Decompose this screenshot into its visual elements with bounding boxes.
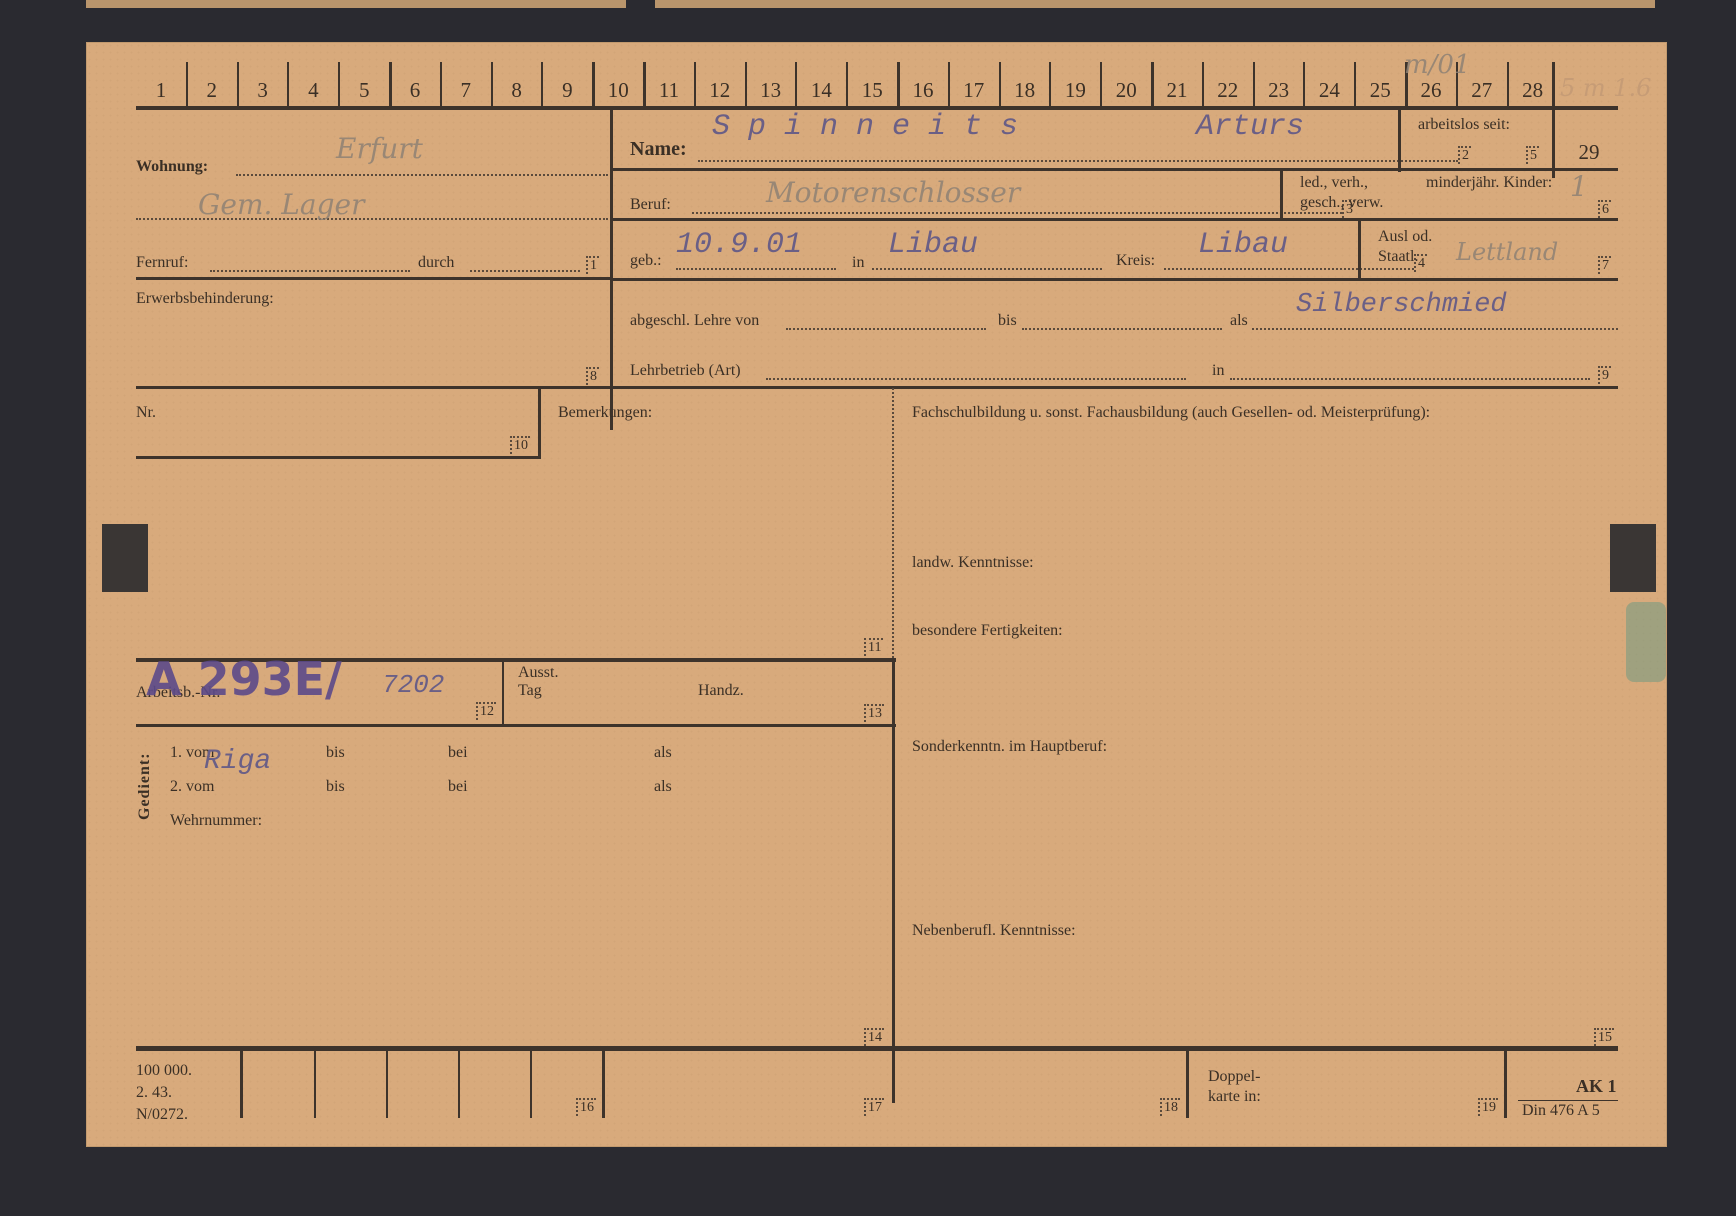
col-number-28: 28 bbox=[1508, 78, 1558, 103]
bottom-div-e bbox=[530, 1050, 532, 1118]
lehre-label: abgeschl. Lehre von bbox=[630, 312, 759, 330]
ruler-tick bbox=[1354, 62, 1356, 108]
ruler-tick bbox=[1151, 62, 1154, 108]
durch-line bbox=[470, 270, 580, 272]
ruler-tick bbox=[1253, 62, 1255, 108]
bottom-div-d bbox=[458, 1050, 460, 1118]
ruler-tick bbox=[694, 62, 696, 108]
col-number-16: 16 bbox=[898, 78, 948, 103]
field-number-1: 1 bbox=[586, 256, 599, 274]
bottom-div-a bbox=[240, 1050, 243, 1118]
ruler-tick bbox=[1202, 62, 1204, 108]
ruler-tick bbox=[1507, 62, 1509, 108]
col-number-5: 5 bbox=[339, 78, 389, 103]
lehrbetrieb-line bbox=[766, 378, 1186, 380]
dienst-2-bis: bis bbox=[326, 778, 345, 796]
col-number-23: 23 bbox=[1254, 78, 1304, 103]
divider-left-right bbox=[610, 110, 613, 430]
col-number-26: 26 bbox=[1406, 78, 1456, 103]
familienstand-line-1: led., verh., bbox=[1300, 174, 1368, 192]
name-label: Name: bbox=[630, 138, 687, 161]
lehre-als-line bbox=[1252, 328, 1618, 330]
beruf-label: Beruf: bbox=[630, 196, 671, 214]
dienst-2-als: als bbox=[654, 778, 672, 796]
fertigkeiten-label: besondere Fertigkeiten: bbox=[912, 622, 1063, 640]
field-number-13: 13 bbox=[864, 704, 884, 722]
line-beruf-bottom bbox=[610, 218, 1618, 221]
dienst-2-bei: bei bbox=[448, 778, 468, 796]
kreis-line bbox=[1164, 268, 1414, 270]
fernruf-line bbox=[210, 270, 410, 272]
fernruf-label: Fernruf: bbox=[136, 254, 188, 272]
form-id: AK 1 bbox=[1576, 1076, 1617, 1097]
wehrnummer-label: Wehrnummer: bbox=[170, 812, 262, 830]
field-number-15: 15 bbox=[1594, 1028, 1614, 1046]
beruf-line bbox=[692, 212, 1342, 214]
geb-line bbox=[676, 268, 836, 270]
col-number-18: 18 bbox=[1000, 78, 1050, 103]
top-card-edge-left bbox=[86, 0, 626, 8]
field-number-8: 8 bbox=[586, 367, 599, 385]
ausst-label: Ausst. bbox=[518, 664, 558, 682]
lehrbetrieb-in-line bbox=[1230, 378, 1590, 380]
annotation-top-26: m/01 bbox=[1404, 50, 1471, 80]
bottom-div-b bbox=[314, 1050, 316, 1118]
ruler-tick bbox=[643, 62, 646, 108]
ruler-tick bbox=[1100, 62, 1102, 108]
bottom-div-g bbox=[1186, 1050, 1189, 1118]
beruf-value[interactable]: Motorenschlosser bbox=[766, 176, 1020, 209]
print-info-2: 2. 43. bbox=[136, 1084, 172, 1102]
ruler-tick bbox=[1303, 62, 1305, 108]
col-number-20: 20 bbox=[1101, 78, 1151, 103]
ruler-tick bbox=[999, 62, 1001, 108]
dienst-2-vom: 2. vom bbox=[170, 778, 214, 796]
ruler-tick bbox=[541, 62, 543, 108]
punch-hole-right bbox=[1610, 524, 1656, 592]
lehrbetrieb-label: Lehrbetrieb (Art) bbox=[630, 362, 741, 380]
col-number-11: 11 bbox=[644, 78, 694, 103]
familienstand-line-2: gesch., verw. bbox=[1300, 194, 1383, 212]
col-number-12: 12 bbox=[695, 78, 745, 103]
col-number-13: 13 bbox=[746, 78, 796, 103]
ruler-tick bbox=[948, 62, 950, 108]
divider-familienstand bbox=[1280, 168, 1283, 220]
geb-in-label: in bbox=[852, 254, 864, 272]
form-id-rule bbox=[1518, 1100, 1618, 1101]
field-number-18: 18 bbox=[1160, 1098, 1180, 1116]
arbeitsb-stamp: A 293E/ bbox=[146, 652, 342, 706]
ruler-tick bbox=[795, 62, 797, 108]
ruler-tick bbox=[389, 62, 392, 108]
tag-label: Tag bbox=[518, 682, 542, 700]
geb-label: geb.: bbox=[630, 252, 662, 270]
staat-label-1: Ausl od. bbox=[1378, 228, 1432, 246]
col-number-4: 4 bbox=[288, 78, 338, 103]
index-card: 1234567891011121314151617181920212223242… bbox=[86, 42, 1667, 1147]
dienst-1-value[interactable]: Riga bbox=[204, 746, 271, 777]
firstname-value[interactable]: Arturs bbox=[1196, 110, 1304, 144]
wohnung-line-1 bbox=[236, 174, 608, 176]
kinder-label: minderjähr. Kinder: bbox=[1426, 174, 1552, 192]
line-name-bottom bbox=[610, 168, 1618, 171]
doppelkarte-label-2: karte in: bbox=[1208, 1088, 1261, 1106]
col-number-17: 17 bbox=[949, 78, 999, 103]
field-number-7: 7 bbox=[1598, 256, 1611, 274]
col-29: 29 bbox=[1564, 140, 1614, 165]
staat-value[interactable]: Lettland bbox=[1456, 238, 1558, 266]
din-label: Din 476 A 5 bbox=[1522, 1102, 1600, 1120]
col-number-19: 19 bbox=[1050, 78, 1100, 103]
geb-value[interactable]: 10.9.01 bbox=[676, 228, 802, 262]
gedient-label: Gedient: bbox=[136, 752, 154, 820]
divider-ausst bbox=[502, 658, 504, 724]
field-number-2: 2 bbox=[1458, 146, 1471, 164]
ruler-tick bbox=[338, 62, 340, 108]
col-number-1: 1 bbox=[136, 78, 186, 103]
print-info-3: N/0272. bbox=[136, 1106, 188, 1124]
arbeitsb-number[interactable]: 7202 bbox=[382, 670, 444, 700]
kreis-label: Kreis: bbox=[1116, 252, 1155, 270]
col-number-8: 8 bbox=[492, 78, 542, 103]
col-number-24: 24 bbox=[1304, 78, 1354, 103]
top-card-edge-right bbox=[655, 0, 1655, 8]
col-number-27: 27 bbox=[1457, 78, 1507, 103]
bottom-div-f bbox=[602, 1050, 605, 1118]
surname-value[interactable]: S p i n n e i t s bbox=[712, 110, 1018, 144]
ruler-tick bbox=[592, 62, 595, 108]
wohnung-value-2[interactable]: Gem. Lager bbox=[198, 188, 364, 221]
lehre-als-label: als bbox=[1230, 312, 1248, 330]
field-number-5: 5 bbox=[1526, 146, 1539, 164]
ruler-tick bbox=[287, 62, 289, 108]
ruler-tick bbox=[897, 62, 900, 108]
nr-box-right bbox=[538, 388, 541, 458]
field-number-16: 16 bbox=[576, 1098, 596, 1116]
staat-label-2: Staatl. bbox=[1378, 248, 1418, 266]
wohnung-label: Wohnung: bbox=[136, 158, 208, 176]
ruler-tick bbox=[440, 62, 442, 108]
col-number-6: 6 bbox=[390, 78, 440, 103]
arbeitslos-label: arbeitslos seit: bbox=[1418, 116, 1510, 134]
punch-hole-left bbox=[102, 524, 148, 592]
divider-staat bbox=[1358, 218, 1361, 278]
print-info-1: 100 000. bbox=[136, 1062, 192, 1080]
col-number-15: 15 bbox=[847, 78, 897, 103]
col-number-9: 9 bbox=[542, 78, 592, 103]
col-number-25: 25 bbox=[1355, 78, 1405, 103]
green-stain bbox=[1626, 602, 1666, 682]
ruler-tick bbox=[745, 62, 747, 108]
ruler-tick bbox=[846, 62, 848, 108]
dienst-1-bis: bis bbox=[326, 744, 345, 762]
kinder-value[interactable]: 1 bbox=[1570, 170, 1588, 203]
lehre-bis-line bbox=[1022, 328, 1222, 330]
erwerbsbehinderung-label: Erwerbsbehinderung: bbox=[136, 290, 274, 308]
col-number-10: 10 bbox=[593, 78, 643, 103]
handz-label: Handz. bbox=[698, 682, 744, 700]
field-number-14: 14 bbox=[864, 1028, 884, 1046]
dienst-1-bei: bei bbox=[448, 744, 468, 762]
bottom-div-h bbox=[1504, 1050, 1507, 1118]
fachschul-label: Fachschulbildung u. sonst. Fachausbildun… bbox=[912, 404, 1430, 422]
bottom-strip-top bbox=[136, 1046, 1618, 1051]
ruler-tick bbox=[237, 62, 239, 108]
annotation-top-right: 5 m 1.6 bbox=[1560, 74, 1651, 102]
ruler-tick bbox=[186, 62, 188, 108]
field-number-12: 12 bbox=[476, 702, 496, 720]
ruler-tick bbox=[1049, 62, 1051, 108]
kreis-value[interactable]: Libau bbox=[1198, 228, 1288, 262]
lehre-von-line bbox=[786, 328, 986, 330]
col-number-3: 3 bbox=[238, 78, 288, 103]
bemerkungen-divider bbox=[892, 388, 894, 658]
lehre-bis-label: bis bbox=[998, 312, 1017, 330]
sonderkenntn-label: Sonderkenntn. im Hauptberuf: bbox=[912, 738, 1107, 756]
nr-box-bottom bbox=[136, 456, 541, 459]
field-number-9: 9 bbox=[1598, 366, 1611, 384]
col-number-21: 21 bbox=[1152, 78, 1202, 103]
nebenberufl-label: Nebenberufl. Kenntnisse: bbox=[912, 922, 1076, 940]
col-number-14: 14 bbox=[796, 78, 846, 103]
name-line bbox=[698, 160, 1458, 162]
geburtsort-line bbox=[872, 268, 1102, 270]
line-wohnung-bottom bbox=[136, 277, 612, 280]
field-number-6: 6 bbox=[1598, 200, 1611, 218]
durch-label: durch bbox=[418, 254, 454, 272]
col-number-7: 7 bbox=[441, 78, 491, 103]
divider-arbeitslos bbox=[1398, 110, 1401, 172]
arbeitsb-box-bottom bbox=[136, 724, 896, 727]
field-number-17: 17 bbox=[864, 1098, 884, 1116]
nr-label: Nr. bbox=[136, 404, 156, 422]
bottom-div-c bbox=[386, 1050, 388, 1118]
col29-divider bbox=[1552, 62, 1555, 178]
col-number-22: 22 bbox=[1203, 78, 1253, 103]
field-number-10: 10 bbox=[510, 436, 530, 454]
field-number-11: 11 bbox=[864, 638, 883, 656]
doppelkarte-label-1: Doppel- bbox=[1208, 1068, 1260, 1086]
line-geb-bottom bbox=[610, 278, 1618, 281]
wohnung-value-1[interactable]: Erfurt bbox=[336, 132, 423, 165]
lehre-als-value[interactable]: Silberschmied bbox=[1296, 290, 1507, 320]
line-upper-section-bottom bbox=[136, 386, 1618, 389]
ruler-tick bbox=[491, 62, 493, 108]
bemerkungen-label: Bemerkungen: bbox=[558, 404, 652, 422]
dienst-1-als: als bbox=[654, 744, 672, 762]
field-number-19: 19 bbox=[1478, 1098, 1498, 1116]
col-number-2: 2 bbox=[187, 78, 237, 103]
landw-label: landw. Kenntnisse: bbox=[912, 554, 1034, 572]
lehrbetrieb-in-label: in bbox=[1212, 362, 1224, 380]
geburtsort-value[interactable]: Libau bbox=[888, 228, 978, 262]
